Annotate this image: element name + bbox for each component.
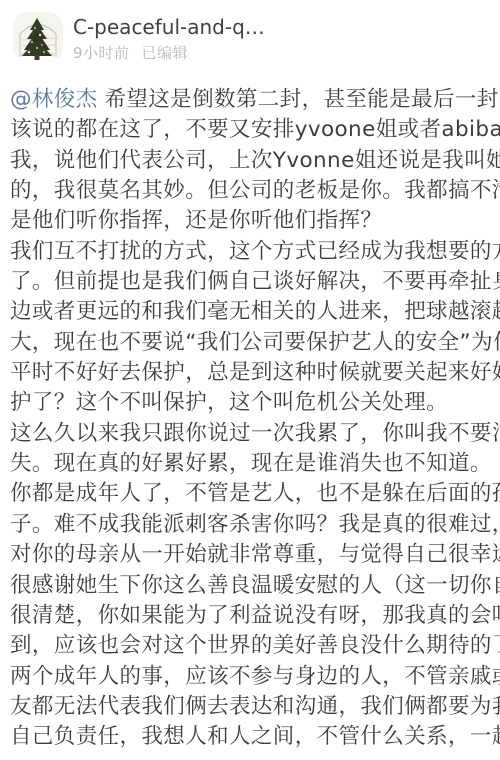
post-text-line: 护了？这个不叫保护，这个叫危机公关处理。 — [10, 388, 492, 418]
post-text-line: 了。但前提也是我们俩自己谈好解决，不要再牵扯身 — [10, 267, 492, 297]
post-text-line: 我们互不打扰的方式，这个方式已经成为我想要的方式 — [10, 237, 492, 267]
post-text-line: 自己负责任，我想人和人之间，不管什么关系，一起或 — [10, 722, 492, 752]
post-text-line: @林俊杰希望这是倒数第二封，甚至能是最后一封 — [10, 85, 492, 115]
meta-row: 9小时前已编辑 — [73, 44, 265, 62]
post-text-line: 对你的母亲从一开始就非常尊重，与觉得自己很幸运， — [10, 540, 492, 570]
post-text-line: 失。现在真的好累好累，现在是谁消失也不知道。 — [10, 449, 492, 479]
avatar[interactable] — [13, 12, 63, 62]
post-text-line: 边或者更远的和我们毫无相关的人进来，把球越滚越 — [10, 297, 492, 327]
post-text-line: 的，我很莫名其妙。但公司的老板是你。我都搞不清楚 — [10, 176, 492, 206]
post-text-line: 很清楚，你如果能为了利益说没有呀，那我真的会吓 — [10, 601, 492, 631]
post-text-line: 我，说他们代表公司，上次Yvonne姐还说是我叫她来 — [10, 146, 492, 176]
mention-link[interactable]: @林俊杰 — [10, 87, 98, 112]
post-page: C-peaceful-and-q… 9小时前已编辑 @林俊杰希望这是倒数第二封，… — [0, 0, 500, 760]
post-text-line: 大，现在也不要说“我们公司要保护艺人的安全”为什么 — [10, 328, 492, 358]
post-text-line: 你都是成年人了，不管是艺人，也不是躲在后面的孩 — [10, 479, 492, 509]
christmas-tree-icon — [13, 12, 63, 62]
post-text-line: 两个成年人的事，应该不参与身边的人，不管亲戚或朋 — [10, 662, 492, 692]
post-text-line: 是他们听你指挥，还是你听他们指挥？ — [10, 206, 492, 236]
post-text-line: 这么久以来我只跟你说过一次我累了，你叫我不要消 — [10, 419, 492, 449]
username[interactable]: C-peaceful-and-q… — [73, 14, 265, 40]
timestamp: 9小时前 — [73, 44, 130, 62]
post-text: 希望这是倒数第二封，甚至能是最后一封 — [98, 87, 499, 112]
post-text-line: 平时不好好去保护，总是到这种时候就要关起来好好保 — [10, 358, 492, 388]
edited-badge: 已编辑 — [142, 44, 189, 62]
post-text-line: 很感谢她生下你这么善良温暖安慰的人（这一切你自己 — [10, 571, 492, 601]
header-info: C-peaceful-and-q… 9小时前已编辑 — [73, 12, 265, 62]
post-header: C-peaceful-and-q… 9小时前已编辑 — [0, 0, 500, 62]
post-text-line: 友都无法代表我们俩去表达和沟通，我们俩都要为我们 — [10, 692, 492, 722]
post-body: @林俊杰希望这是倒数第二封，甚至能是最后一封 该说的都在这了，不要又安排yvoo… — [0, 85, 500, 753]
post-text-line: 到，应该也会对这个世界的美好善良没什么期待的了） — [10, 631, 492, 661]
post-text-line: 子。难不成我能派刺客杀害你吗？我是真的很难过，我 — [10, 510, 492, 540]
post-text-line: 该说的都在这了，不要又安排yvoone姐或者abiba来找 — [10, 115, 492, 145]
